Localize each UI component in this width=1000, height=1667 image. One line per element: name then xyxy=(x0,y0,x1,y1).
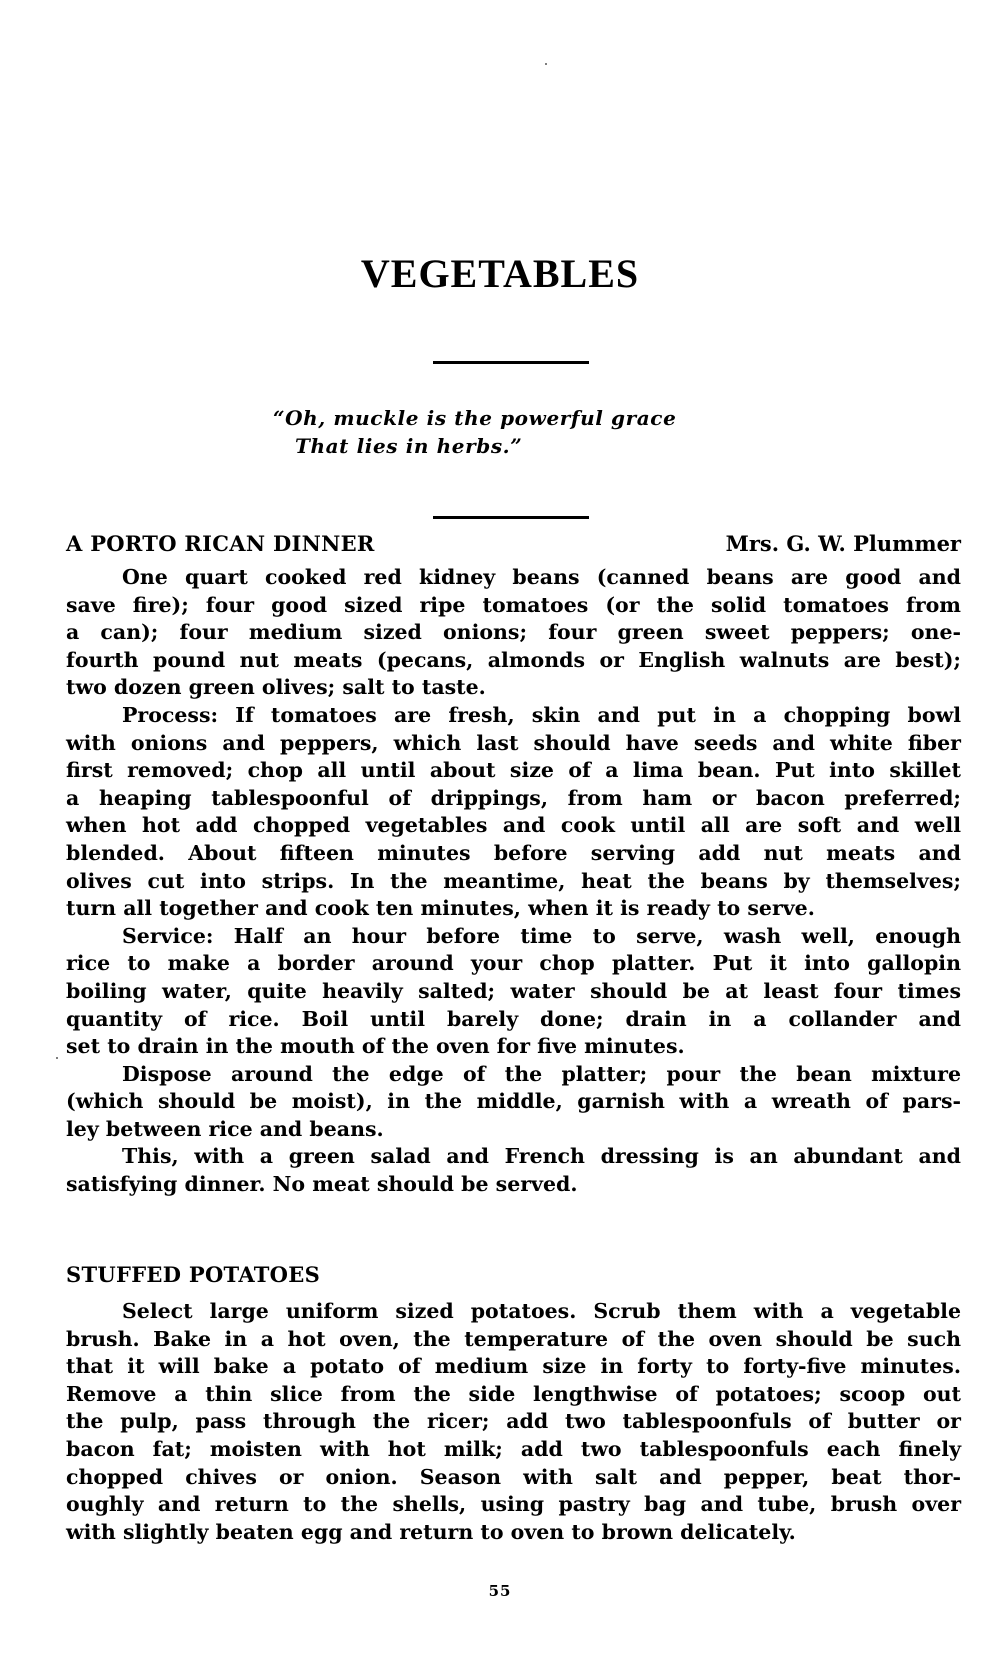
text-line: Service: Half an hour before time to ser… xyxy=(66,923,961,951)
text-line: This, with a green salad and French dres… xyxy=(66,1143,961,1171)
text-line: a can); four medium sized onions; four g… xyxy=(66,619,961,647)
text-line: Dispose around the edge of the platter; … xyxy=(66,1061,961,1089)
text-line: quantity of rice. Boil until barely done… xyxy=(66,1006,961,1034)
scan-speck xyxy=(56,1057,58,1059)
text-line: oughly and return to the shells, using p… xyxy=(66,1491,961,1519)
text-line: the pulp, pass through the ricer; add tw… xyxy=(66,1408,961,1436)
text-line: turn all together and cook ten minutes, … xyxy=(66,895,961,923)
text-line: Process: If tomatoes are fresh, skin and… xyxy=(66,702,961,730)
text-line: One quart cooked red kidney beans (canne… xyxy=(66,564,961,592)
recipe-header-porto-rican-dinner: A PORTO RICAN DINNER Mrs. G. W. Plummer xyxy=(66,531,961,556)
text-line: brush. Bake in a hot oven, the temperatu… xyxy=(66,1326,961,1354)
epigraph: “Oh, muckle is the powerful grace That l… xyxy=(273,404,676,460)
text-line: that it will bake a potato of medium siz… xyxy=(66,1353,961,1381)
text-line: satisfying dinner. No meat should be ser… xyxy=(66,1171,961,1199)
page-number: 55 xyxy=(0,1582,1000,1600)
recipe-author: Mrs. G. W. Plummer xyxy=(726,531,961,556)
text-line: a heaping tablespoonful of drippings, fr… xyxy=(66,785,961,813)
text-line: when hot add chopped vegetables and cook… xyxy=(66,812,961,840)
epigraph-line-2: That lies in herbs.” xyxy=(273,432,676,460)
text-line: rice to make a border around your chop p… xyxy=(66,950,961,978)
scan-speck xyxy=(545,63,547,65)
text-line: with slightly beaten egg and return to o… xyxy=(66,1519,961,1547)
epigraph-line-1: “Oh, muckle is the powerful grace xyxy=(273,404,676,432)
text-line: set to drain in the mouth of the oven fo… xyxy=(66,1033,961,1061)
recipe-title: STUFFED POTATOES xyxy=(66,1262,320,1287)
recipe-body-porto-rican-dinner: One quart cooked red kidney beans (canne… xyxy=(66,564,961,1199)
text-line: with onions and peppers, which last shou… xyxy=(66,730,961,758)
recipe-title: A PORTO RICAN DINNER xyxy=(66,531,375,556)
text-line: two dozen green olives; salt to taste. xyxy=(66,674,961,702)
text-line: olives cut into strips. In the meantime,… xyxy=(66,868,961,896)
chapter-title: VEGETABLES xyxy=(0,250,1000,298)
text-line: ley between rice and beans. xyxy=(66,1116,961,1144)
text-line: fourth pound nut meats (pecans, almonds … xyxy=(66,647,961,675)
text-line: Select large uniform sized potatoes. Scr… xyxy=(66,1298,961,1326)
text-line: (which should be moist), in the middle, … xyxy=(66,1088,961,1116)
text-line: bacon fat; moisten with hot milk; add tw… xyxy=(66,1436,961,1464)
text-line: save fire); four good sized ripe tomatoe… xyxy=(66,592,961,620)
text-line: first removed; chop all until about size… xyxy=(66,757,961,785)
text-line: chopped chives or onion. Season with sal… xyxy=(66,1464,961,1492)
divider-rule-top xyxy=(433,361,589,364)
cookbook-page: VEGETABLES “Oh, muckle is the powerful g… xyxy=(0,0,1000,1667)
recipe-body-stuffed-potatoes: Select large uniform sized potatoes. Scr… xyxy=(66,1298,961,1546)
recipe-header-stuffed-potatoes: STUFFED POTATOES xyxy=(66,1262,961,1287)
divider-rule-bottom xyxy=(433,516,589,519)
text-line: boiling water, quite heavily salted; wat… xyxy=(66,978,961,1006)
text-line: blended. About fifteen minutes before se… xyxy=(66,840,961,868)
text-line: Remove a thin slice from the side length… xyxy=(66,1381,961,1409)
